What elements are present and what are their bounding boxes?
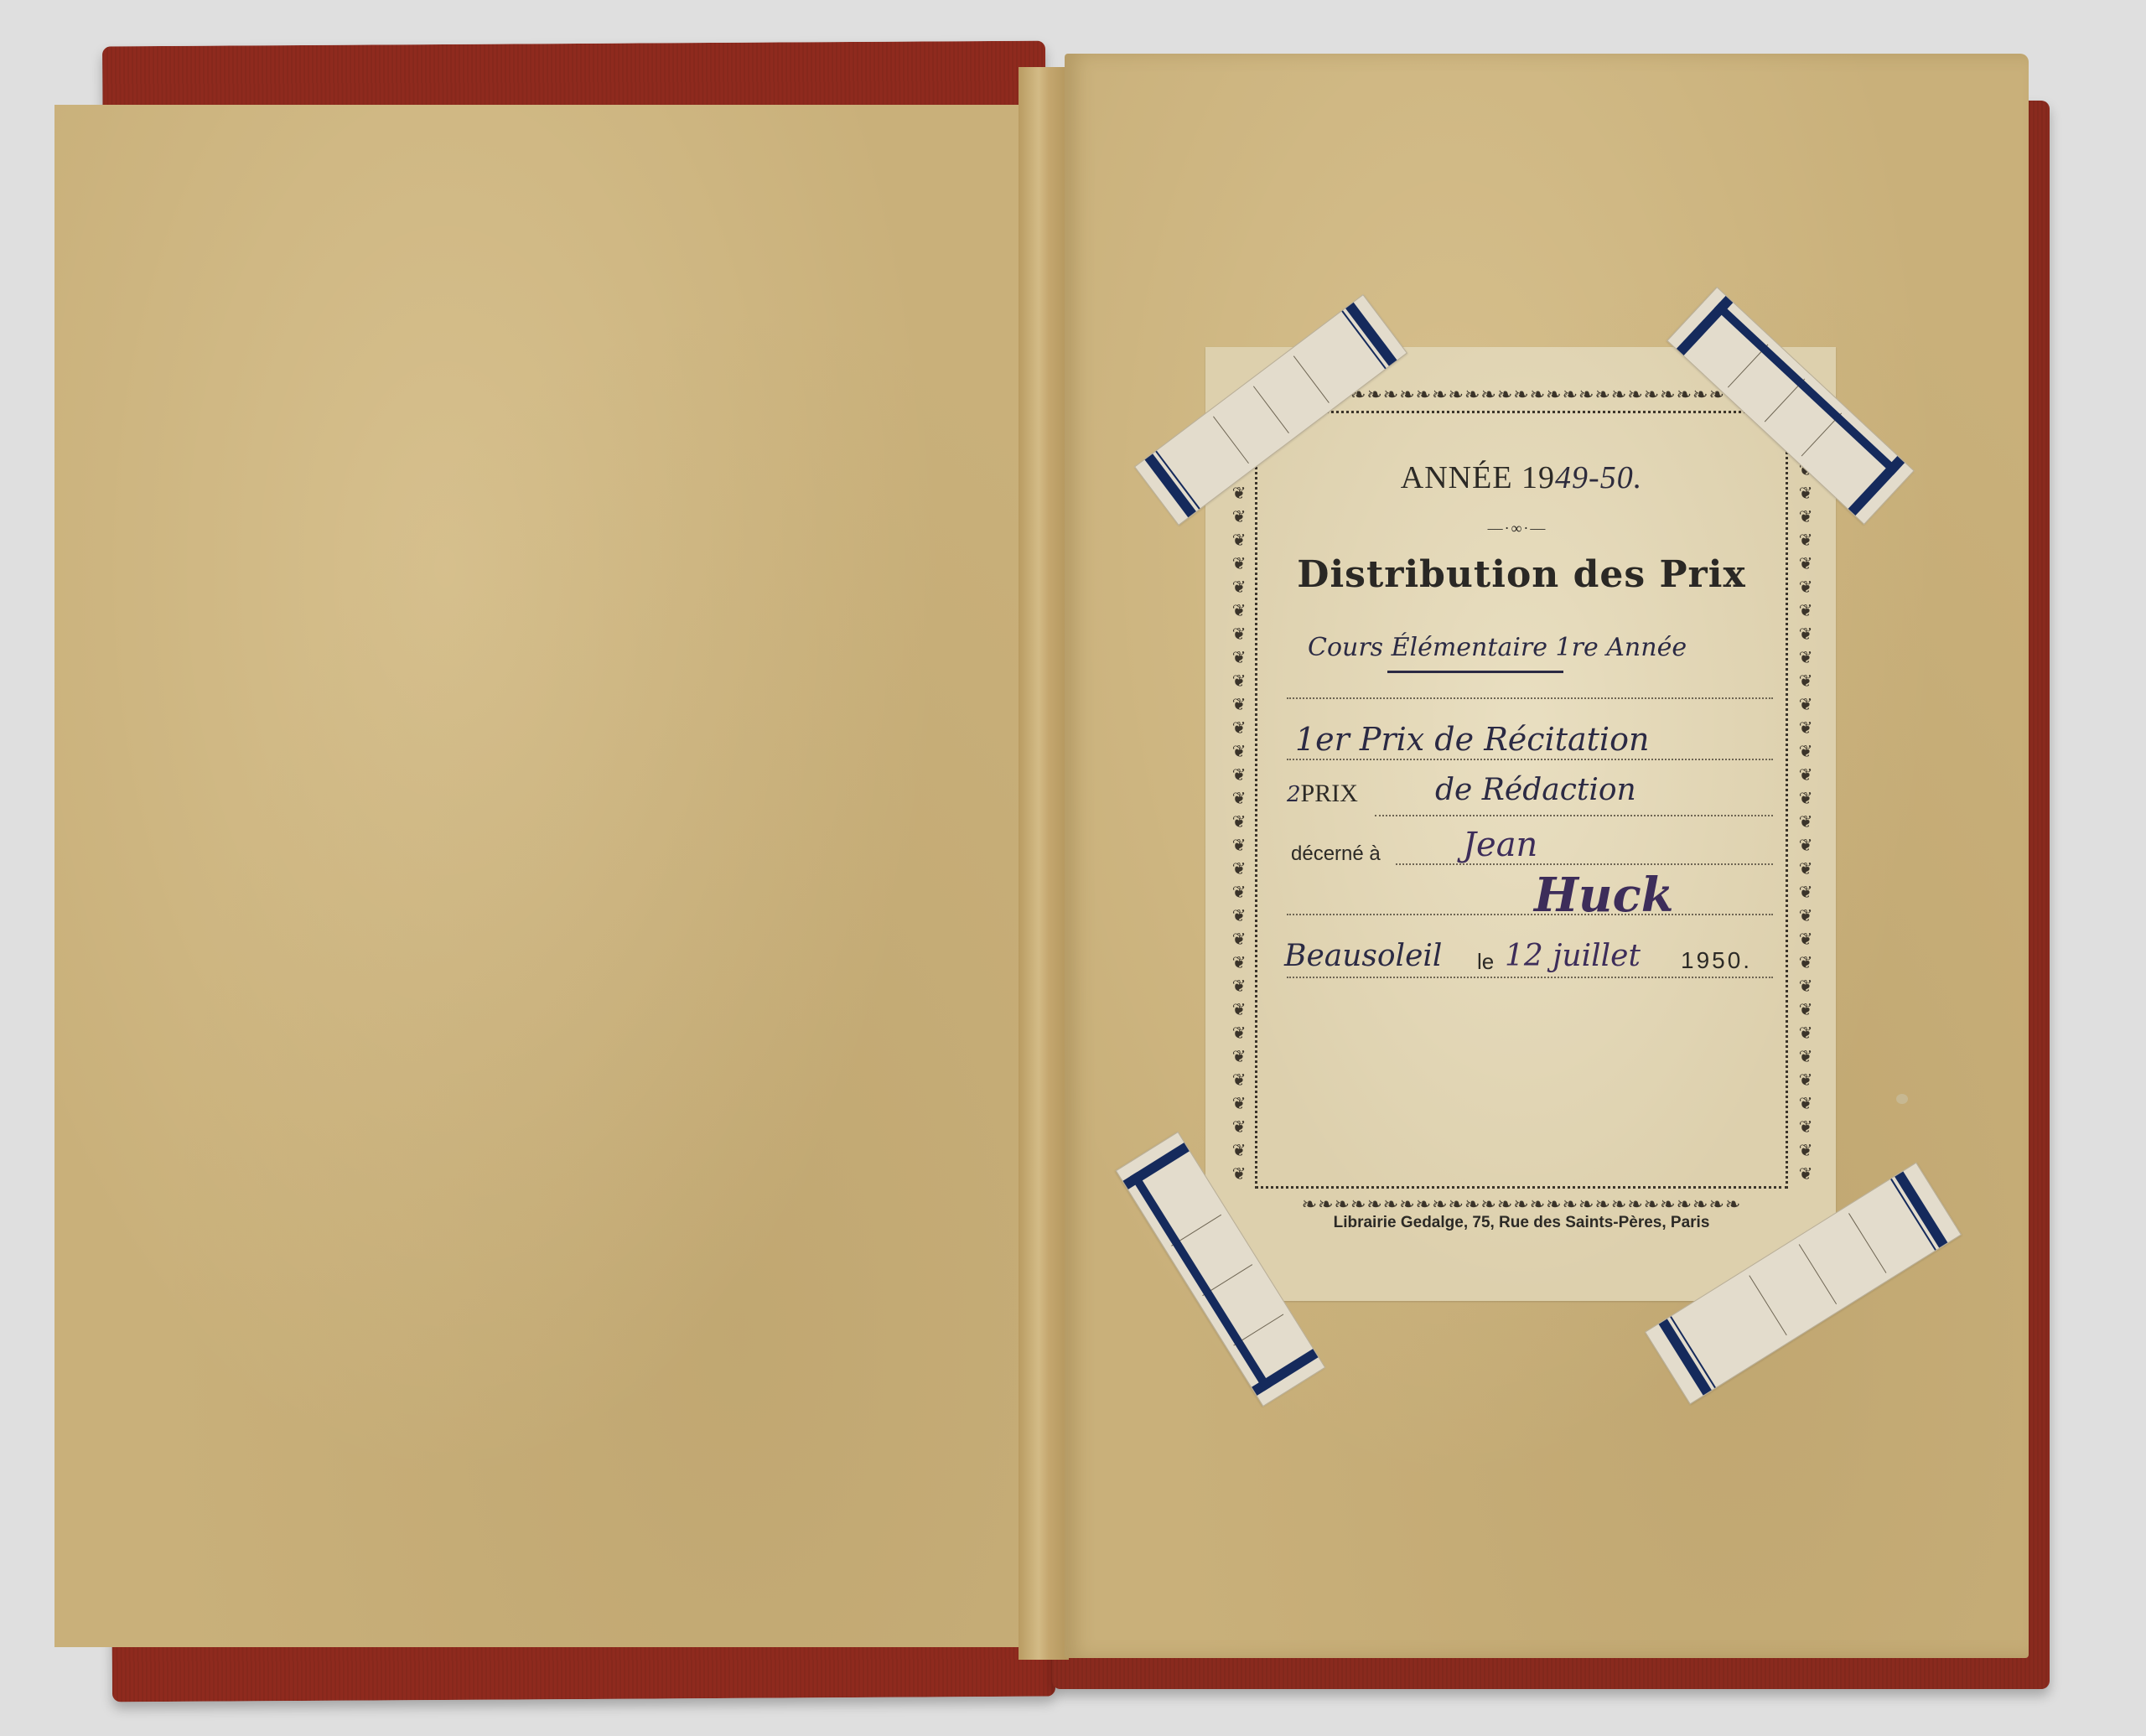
year-prefix: ANNÉE <box>1401 460 1513 495</box>
publisher-imprint: Librairie Gedalge, 75, Rue des Saints-Pè… <box>1255 1214 1788 1232</box>
paper-blemish <box>1896 1094 1908 1104</box>
mount-cell-line <box>1799 1244 1837 1304</box>
recipient-first-name: Jean <box>1463 826 1537 864</box>
awarded-to-label: décerné à <box>1291 842 1381 866</box>
award-date: 12 juillet <box>1505 939 1641 973</box>
prize-redaction: de Rédaction <box>1435 773 1636 807</box>
leaf-border-left: ❦❦❦❦❦❦❦❦❦❦❦❦❦❦❦❦❦❦❦❦❦❦❦❦❦❦❦❦❦❦❦❦❦ <box>1230 411 1248 1189</box>
leaf-border-right: ❦❦❦❦❦❦❦❦❦❦❦❦❦❦❦❦❦❦❦❦❦❦❦❦❦❦❦❦❦❦❦❦❦ <box>1796 411 1815 1189</box>
dotted-line-4 <box>1396 863 1773 865</box>
course-underline <box>1387 671 1563 673</box>
award-place: Beausoleil <box>1284 939 1442 973</box>
dotted-line-6 <box>1287 977 1773 978</box>
award-year: 1950. <box>1681 947 1752 974</box>
date-connector: le <box>1477 949 1494 975</box>
book-gutter <box>1019 67 1069 1660</box>
dotted-line-2 <box>1287 759 1773 760</box>
mount-cell-line <box>1253 386 1289 433</box>
mount-cell-line <box>1213 417 1249 464</box>
label-title: Distribution des Prix <box>1255 553 1788 596</box>
ornamental-divider: —·∞·— <box>1463 520 1572 537</box>
dotted-line-5 <box>1287 914 1773 915</box>
leaf-border-bottom: ❧❧❧❧❧❧❧❧❧❧❧❧❧❧❧❧❧❧❧❧❧❧❧❧❧❧❧ <box>1247 1197 1796 1214</box>
prize-recitation: 1er Prix de Récitation <box>1295 721 1649 758</box>
label-year: ANNÉE 1949-50. <box>1255 459 1788 496</box>
year-printed: 19 <box>1521 460 1555 495</box>
mount-cell-line <box>1293 355 1330 403</box>
prize-2-number: 2 <box>1287 782 1301 807</box>
course-handwritten: Cours Élémentaire 1re Année <box>1308 633 1687 662</box>
mount-cell-line <box>1848 1213 1886 1273</box>
prize-2-label: 2PRIX <box>1287 780 1358 808</box>
dotted-line-3 <box>1375 815 1773 816</box>
left-endpaper <box>54 105 1031 1647</box>
dotted-line-1 <box>1287 697 1773 699</box>
year-handwritten: 49-50. <box>1555 460 1642 495</box>
prize-2-text: PRIX <box>1301 780 1358 807</box>
mount-cell-line <box>1749 1275 1786 1335</box>
